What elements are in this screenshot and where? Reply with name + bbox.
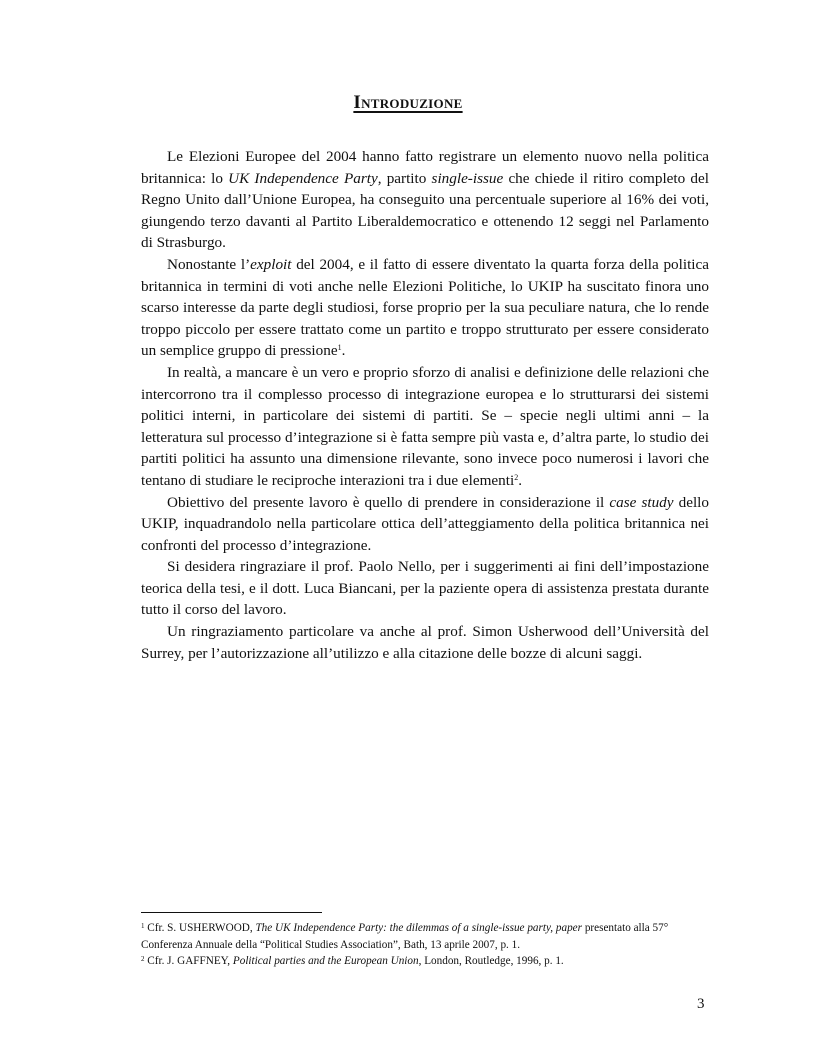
paragraph: Si desidera ringraziare il prof. Paolo N… [141, 556, 709, 621]
paragraph: Un ringraziamento particolare va anche a… [141, 621, 709, 664]
italic-term: Political parties and the European Union [233, 955, 419, 967]
italic-term: single-issue [432, 170, 504, 187]
footnote: 1 Cfr. S. USHERWOOD, The UK Independence… [141, 920, 711, 953]
paragraph: In realtà, a mancare è un vero e proprio… [141, 362, 709, 492]
page-title-text: Introduzione [353, 92, 462, 113]
footnote-ref: 2 [141, 955, 145, 963]
footnote-divider [141, 912, 322, 913]
italic-term: exploit [250, 256, 291, 273]
footnote: 2 Cfr. J. GAFFNEY, Political parties and… [141, 953, 711, 970]
italic-term: The UK Independence Party: the dilemmas … [255, 922, 582, 934]
paragraph: Le Elezioni Europee del 2004 hanno fatto… [141, 146, 709, 254]
page-title: Introduzione [0, 91, 816, 115]
paragraph: Obiettivo del presente lavoro è quello d… [141, 492, 709, 557]
footnotes: 1 Cfr. S. USHERWOOD, The UK Independence… [141, 920, 711, 970]
footnote-ref: 1 [338, 343, 342, 352]
footnote-ref: 2 [514, 473, 518, 482]
page-number: 3 [697, 996, 705, 1013]
paragraph: Nonostante l’exploit del 2004, e il fatt… [141, 254, 709, 362]
body-text: Le Elezioni Europee del 2004 hanno fatto… [141, 146, 709, 664]
document-page: Introduzione Le Elezioni Europee del 200… [0, 0, 816, 1056]
italic-term: case study [609, 494, 673, 511]
italic-term: UK Independence Party [228, 170, 378, 187]
footnote-ref: 1 [141, 922, 145, 930]
